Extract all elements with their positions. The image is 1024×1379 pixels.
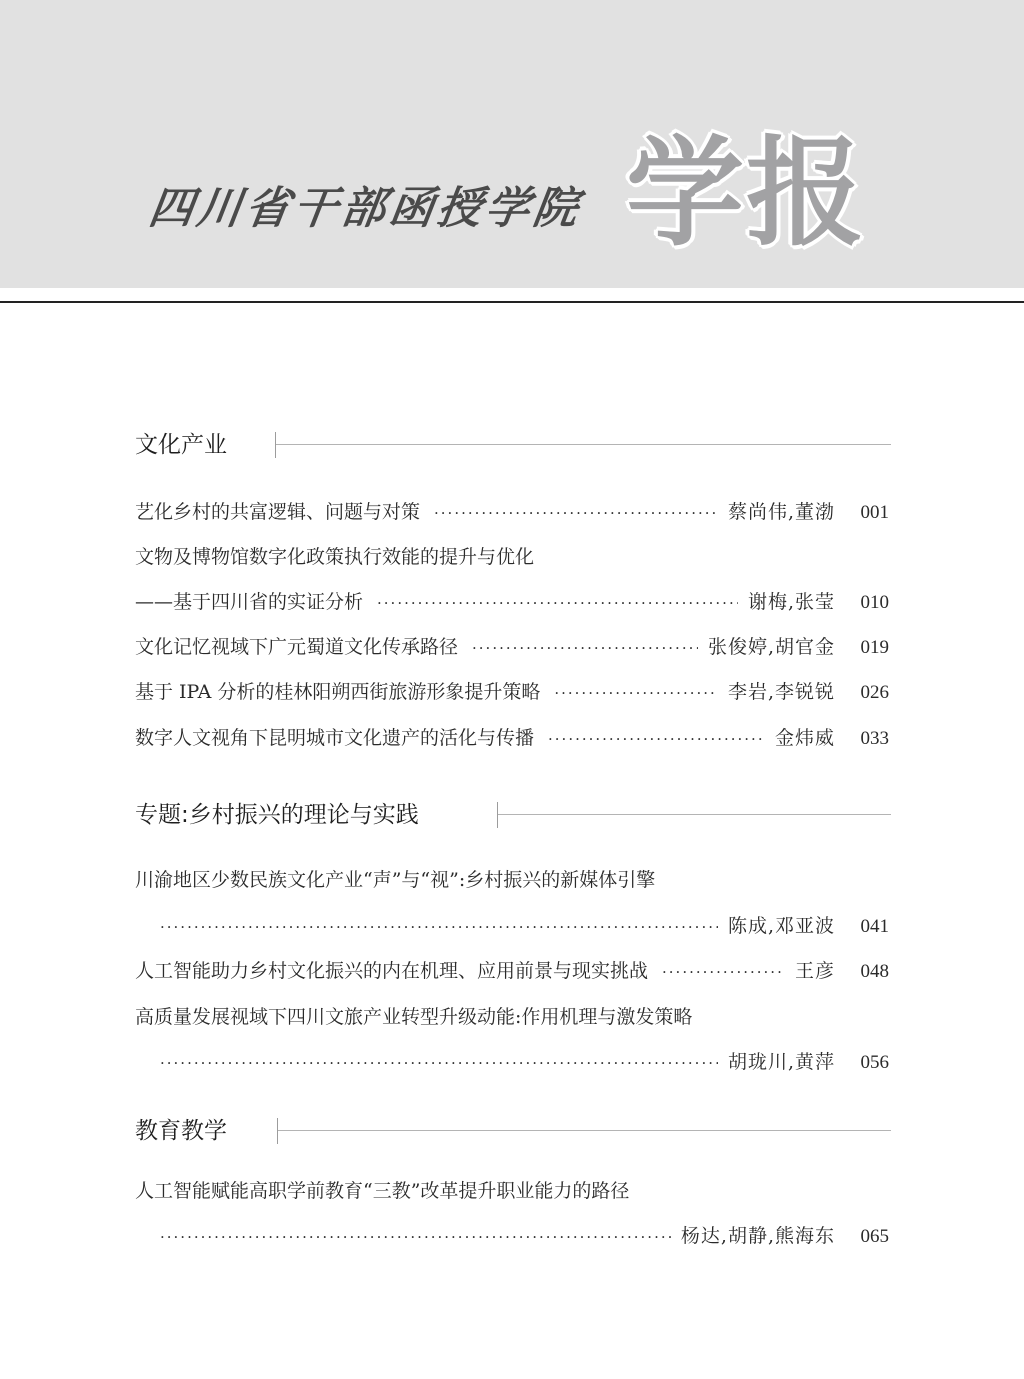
dot-leader bbox=[160, 1049, 718, 1077]
section-divider-line bbox=[498, 814, 891, 815]
toc-entry-title-line[interactable]: 高质量发展视域下四川文旅产业转型升级动能:作用机理与激发策略 bbox=[135, 1003, 889, 1031]
journal-title: 学报 bbox=[626, 128, 866, 258]
toc-entry[interactable]: 文化记忆视域下广元蜀道文化传承路径 张俊婷,胡官金 019 bbox=[135, 633, 889, 661]
article-title: 高质量发展视域下四川文旅产业转型升级动能:作用机理与激发策略 bbox=[135, 1003, 692, 1031]
page-number: 010 bbox=[855, 589, 889, 617]
article-title: 人工智能助力乡村文化振兴的内在机理、应用前景与现实挑战 bbox=[135, 957, 648, 985]
section-header-culture-industry: 文化产业 bbox=[135, 430, 891, 460]
article-title: 人工智能赋能高职学前教育“三教”改革提升职业能力的路径 bbox=[135, 1177, 629, 1205]
dot-leader bbox=[548, 725, 765, 753]
section-title: 专题:乡村振兴的理论与实践 bbox=[135, 800, 419, 830]
toc-entry[interactable]: 胡珑川,黄萍 056 bbox=[135, 1048, 889, 1076]
page-number: 041 bbox=[855, 913, 889, 941]
page-number: 019 bbox=[855, 634, 889, 662]
toc-entry-title-line[interactable]: 人工智能赋能高职学前教育“三教”改革提升职业能力的路径 bbox=[135, 1177, 889, 1205]
toc-entry[interactable]: 人工智能助力乡村文化振兴的内在机理、应用前景与现实挑战 王彦 048 bbox=[135, 957, 889, 985]
toc-entry[interactable]: 艺化乡村的共富逻辑、问题与对策 蔡尚伟,董渤 001 bbox=[135, 498, 889, 526]
toc-entry[interactable]: 陈成,邓亚波 041 bbox=[135, 912, 889, 940]
article-title: 艺化乡村的共富逻辑、问题与对策 bbox=[135, 498, 420, 526]
article-authors: 陈成,邓亚波 bbox=[728, 912, 835, 940]
section-divider-line bbox=[278, 1130, 891, 1131]
section-title: 文化产业 bbox=[135, 430, 227, 460]
article-subtitle: ——基于四川省的实证分析 bbox=[135, 588, 363, 616]
article-authors: 谢梅,张莹 bbox=[748, 588, 835, 616]
toc-entry[interactable]: ——基于四川省的实证分析 谢梅,张莹 010 bbox=[135, 588, 889, 616]
article-authors: 金炜威 bbox=[775, 724, 835, 752]
article-authors: 杨达,胡静,熊海东 bbox=[681, 1222, 835, 1250]
article-authors: 胡珑川,黄萍 bbox=[728, 1048, 835, 1076]
section-title: 教育教学 bbox=[135, 1116, 227, 1146]
dot-leader bbox=[160, 1223, 671, 1251]
article-title: 文化记忆视域下广元蜀道文化传承路径 bbox=[135, 633, 458, 661]
dot-leader bbox=[554, 679, 718, 707]
section-divider-line bbox=[276, 444, 891, 445]
section-header-education: 教育教学 bbox=[135, 1116, 891, 1146]
toc-entry[interactable]: 数字人文视角下昆明城市文化遗产的活化与传播 金炜威 033 bbox=[135, 724, 889, 752]
page-number: 001 bbox=[855, 499, 889, 527]
article-authors: 李岩,李锐锐 bbox=[728, 678, 835, 706]
toc-entry[interactable]: 基于 IPA 分析的桂林阳朔西街旅游形象提升策略 李岩,李锐锐 026 bbox=[135, 678, 889, 706]
section-header-rural-revitalization: 专题:乡村振兴的理论与实践 bbox=[135, 800, 891, 830]
article-authors: 王彦 bbox=[795, 957, 835, 985]
article-authors: 张俊婷,胡官金 bbox=[708, 633, 835, 661]
dot-leader bbox=[377, 589, 738, 617]
page-number: 033 bbox=[855, 725, 889, 753]
section-divider-tick bbox=[275, 432, 276, 458]
article-title: 数字人文视角下昆明城市文化遗产的活化与传播 bbox=[135, 724, 534, 752]
dot-leader bbox=[662, 958, 785, 986]
page-number: 026 bbox=[855, 679, 889, 707]
page-number: 048 bbox=[855, 958, 889, 986]
section-divider-tick bbox=[497, 802, 498, 828]
toc-entry[interactable]: 杨达,胡静,熊海东 065 bbox=[135, 1222, 889, 1250]
journal-masthead: 四川省干部函授学院 学报 bbox=[0, 0, 1024, 288]
article-title: 基于 IPA 分析的桂林阳朔西街旅游形象提升策略 bbox=[135, 678, 540, 706]
institution-name-calligraphy: 四川省干部函授学院 bbox=[146, 172, 587, 236]
article-title: 文物及博物馆数字化政策执行效能的提升与优化 bbox=[135, 543, 534, 571]
toc-entry-title-line[interactable]: 文物及博物馆数字化政策执行效能的提升与优化 bbox=[135, 543, 889, 571]
page-number: 056 bbox=[855, 1049, 889, 1077]
toc-entry-title-line[interactable]: 川渝地区少数民族文化产业“声”与“视”:乡村振兴的新媒体引擎 bbox=[135, 866, 889, 894]
dot-leader bbox=[160, 913, 718, 941]
section-divider-tick bbox=[277, 1118, 278, 1144]
article-authors: 蔡尚伟,董渤 bbox=[728, 498, 835, 526]
dot-leader bbox=[434, 499, 718, 527]
page-number: 065 bbox=[855, 1223, 889, 1251]
masthead-divider bbox=[0, 301, 1024, 303]
article-title: 川渝地区少数民族文化产业“声”与“视”:乡村振兴的新媒体引擎 bbox=[135, 866, 655, 894]
dot-leader bbox=[472, 634, 698, 662]
